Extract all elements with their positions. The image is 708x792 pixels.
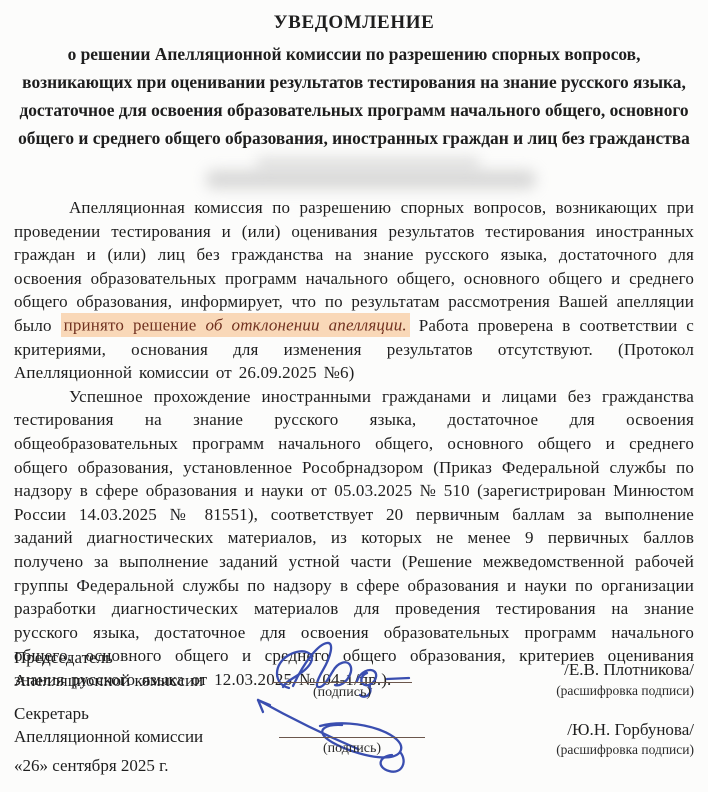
chairman-signature-line (272, 682, 412, 683)
subtitle-line: общего и среднего общего образования, ин… (14, 124, 694, 152)
secretary-role: Секретарь Апелляционной комиссии (14, 702, 203, 748)
secretary-signature-line (279, 737, 425, 738)
decision-highlight-italic: об отклонении апелляции. (205, 316, 406, 335)
chairman-role: Председатель Апелляционной комиссии (14, 646, 203, 692)
document-page: УВЕДОМЛЕНИЕ о решении Апелляционной коми… (0, 0, 708, 792)
secretary-role-line1: Секретарь (14, 702, 203, 725)
chairman-role-line1: Председатель (14, 646, 203, 669)
subtitle-line: о решении Апелляционной комиссии по разр… (14, 40, 694, 68)
redaction-blur-line-2 (206, 170, 536, 189)
page-title: УВЕДОМЛЕНИЕ (14, 12, 694, 34)
chairman-role-line2: Апелляционной комиссии (14, 669, 203, 692)
subtitle-line: возникающих при оценивании результатов т… (14, 68, 694, 96)
chairman-name: /Е.В. Плотникова/ (564, 660, 694, 680)
secretary-role-line2: Апелляционной комиссии (14, 725, 203, 748)
paragraph-appeal-decision: Апелляционная комиссия по разрешению спо… (14, 196, 694, 385)
document-body: Апелляционная комиссия по разрешению спо… (14, 196, 694, 691)
redacted-name-blur (14, 154, 694, 196)
document-subtitle: о решении Апелляционной комиссии по разр… (14, 40, 694, 152)
secretary-name: /Ю.Н. Горбунова/ (567, 720, 694, 740)
document-date: «26» сентября 2025 г. (14, 756, 168, 776)
redaction-blur-line-1 (256, 157, 480, 170)
chairman-name-caption: (расшифровка подписи) (556, 683, 694, 699)
decision-highlight-plain: принято решение (64, 316, 206, 335)
secretary-signature-caption: (подпись) (279, 741, 425, 757)
signature-section: Председатель Апелляционной комиссии (под… (14, 640, 694, 790)
subtitle-line: достаточное для освоения образовательных… (14, 96, 694, 124)
secretary-name-caption: (расшифровка подписи) (556, 742, 694, 758)
decision-highlight: принято решение об отклонении апелляции. (61, 313, 410, 337)
